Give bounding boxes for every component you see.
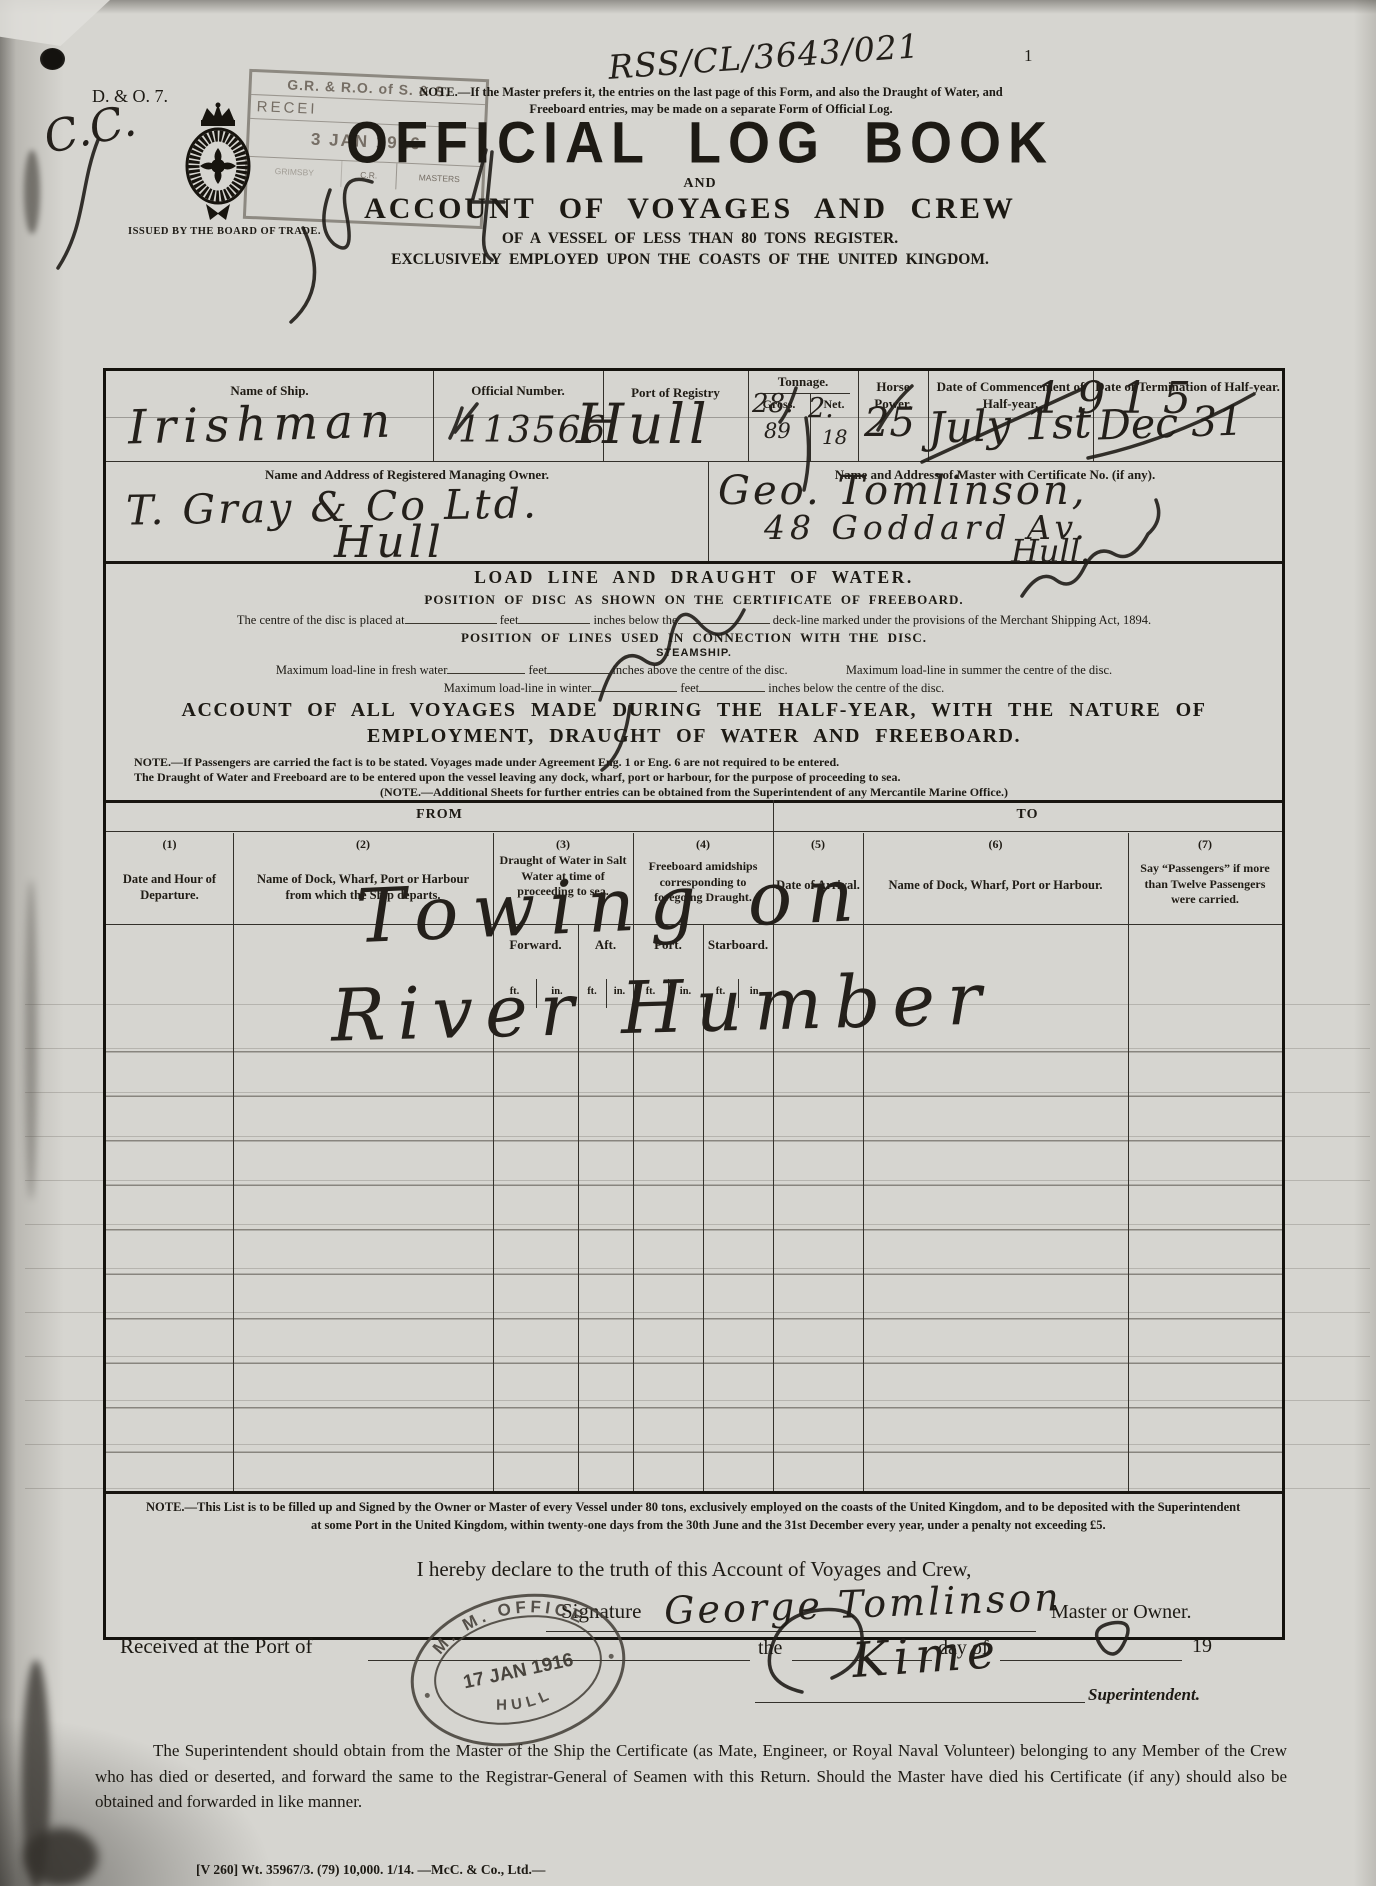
value-owner-line2: Hull [334, 521, 445, 565]
divider [106, 461, 1282, 462]
loadline-line1-d: deck-line marked under the provisions of… [773, 613, 1151, 627]
print-code: [V 260] Wt. 35967/3. (79) 10,000. 1/14. … [196, 1862, 545, 1878]
received-the: the [758, 1637, 782, 1660]
value-horse-power: 25 [864, 403, 915, 443]
declaration-statement: I hereby declare to the truth of this Ac… [106, 1557, 1282, 1582]
col6-label: Name of Dock, Wharf, Port or Harbour. [863, 877, 1128, 893]
page-number: 1 [1024, 46, 1033, 66]
value-gross-tonnage: 28. 89 [752, 391, 793, 443]
title-and: AND [320, 176, 1080, 192]
col6-number: (6) [863, 837, 1128, 853]
divider [106, 800, 1282, 803]
col1-label: Date and Hour of Departure. [112, 871, 227, 904]
divider [106, 561, 1282, 564]
gross-frac: 89 [764, 419, 791, 443]
received-year-prefix: 19 [1192, 1635, 1212, 1658]
loadline-line1-a: The centre of the disc is placed at [237, 613, 405, 627]
col2-number: (2) [233, 837, 493, 853]
issued-by-caption: ISSUED BY THE BOARD OF TRADE. [128, 226, 321, 237]
svg-text:HULL: HULL [493, 1685, 557, 1718]
net-frac: 18 [822, 425, 847, 449]
edge-smudge [24, 150, 40, 234]
edge-smudge [24, 1828, 98, 1886]
loadline-fresh-summer: Maximum load-line in fresh water feet in… [106, 661, 1282, 678]
ref-number-handwritten: RSS/CL/3643/021 [607, 29, 921, 84]
clerk-initials-handwritten: C.C. [40, 99, 139, 161]
col7-number: (7) [1128, 837, 1282, 853]
col5-number: (5) [773, 837, 863, 853]
value-master-line3: Hull. [1011, 535, 1090, 567]
loadline-fresh-c: inches above the centre of the disc. [612, 663, 787, 677]
received-label: Received at the Port of [120, 1634, 312, 1659]
account-note3: (NOTE.—Additional Sheets for further ent… [106, 785, 1282, 800]
loadline-winter-c: inches below the centre of the disc. [768, 681, 944, 695]
main-title: OFFICIAL LOG BOOK [320, 110, 1080, 177]
account-heading2: EMPLOYMENT, DRAUGHT OF WATER AND FREEBOA… [106, 725, 1282, 748]
title-line3: OF A VESSEL OF LESS THAN 80 TONS REGISTE… [320, 230, 1080, 248]
loadline-line1-b: feet [500, 613, 519, 627]
col1-number: (1) [106, 837, 233, 853]
value-master-line1: Geo. Tomlinson, [718, 471, 1087, 511]
superintendent-paragraph: The Superintendent should obtain from th… [95, 1738, 1287, 1815]
loadline-winter-b: feet [680, 681, 699, 695]
loadline-fresh-b: feet [528, 663, 547, 677]
account-note1: NOTE.—If Passengers are carried the fact… [134, 755, 1264, 770]
col4-number: (4) [633, 837, 773, 853]
paper-sheet: 1 RSS/CL/3643/021 D. & O. 7. C.C. G.R. &… [0, 0, 1376, 1886]
divider [106, 1491, 1282, 1494]
value-owner-line1: T. Gray & Co Ltd. [126, 483, 540, 531]
loadline-winter: Maximum load-line in winter feet inches … [106, 679, 1282, 696]
voyage-entry-line1: Towing on [355, 858, 870, 954]
scanned-document-page: { "page": { "number": "1", "form_code": … [0, 0, 1376, 1886]
loadline-sub1: POSITION OF DISC AS SHOWN ON THE CERTIFI… [106, 592, 1282, 608]
loadline-line1: The centre of the disc is placed at feet… [106, 611, 1282, 628]
col7-label: Say “Passengers” if more than Twelve Pas… [1132, 861, 1278, 908]
declaration-note: NOTE.—This List is to be filled up and S… [146, 1499, 1251, 1534]
form-frame: Name of Ship. Official Number. Port of R… [103, 368, 1285, 1640]
value-port: Hull [576, 397, 711, 452]
to-band: TO [773, 807, 1282, 823]
blank-line [755, 1702, 1085, 1703]
value-termination: Dec 31 [1097, 400, 1244, 446]
gross-whole: 28. [752, 389, 793, 419]
edge-smudge [25, 880, 37, 1200]
loadline-sub2: POSITION OF LINES USED IN CONNECTION WIT… [106, 630, 1282, 646]
board-of-trade-crest-icon [178, 100, 258, 222]
loadline-title: LOAD LINE AND DRAUGHT OF WATER. [106, 567, 1282, 588]
col3-number: (3) [493, 837, 633, 853]
from-band: FROM [106, 807, 773, 823]
master-or-owner-label: Master or Owner. [1051, 1601, 1192, 1624]
net-whole: 2. [808, 393, 834, 424]
stamp-arc-bottom: HULL [493, 1685, 557, 1718]
stamp-date-center: 17 JAN 1916 [461, 1650, 575, 1694]
divider [106, 831, 1282, 832]
corner-page-fragment [0, 0, 110, 46]
blank-line [1000, 1660, 1182, 1661]
declaration-signature-handwritten: George Tomlinson [663, 1578, 1062, 1630]
voyage-entry-line2: River Humber [330, 962, 994, 1051]
punch-hole [40, 48, 65, 70]
loadline-fresh-a: Maximum load-line in fresh water [276, 663, 447, 677]
account-heading1: ACCOUNT OF ALL VOYAGES MADE DURING THE H… [106, 699, 1282, 722]
loadline-summer: Maximum load-line in summer the centre o… [846, 663, 1112, 677]
value-ship-name: Irishman [127, 397, 397, 451]
loadline-steamship: STEAMSHIP. [106, 647, 1282, 659]
loadline-line1-c: inches below the [594, 613, 678, 627]
account-note2: The Draught of Water and Freeboard are t… [134, 770, 1264, 785]
superintendent-label: Superintendent. [1088, 1685, 1200, 1705]
table-body-ruled-rows [106, 1008, 1282, 1491]
subtitle: ACCOUNT OF VOYAGES AND CREW [280, 192, 1100, 226]
title-line4: EXCLUSIVELY EMPLOYED UPON THE COASTS OF … [280, 251, 1100, 269]
value-net-tonnage: 2. 18 [808, 395, 847, 449]
superintendent-signature-handwritten: Kime [851, 1627, 1003, 1685]
loadline-winter-a: Maximum load-line in winter [444, 681, 592, 695]
